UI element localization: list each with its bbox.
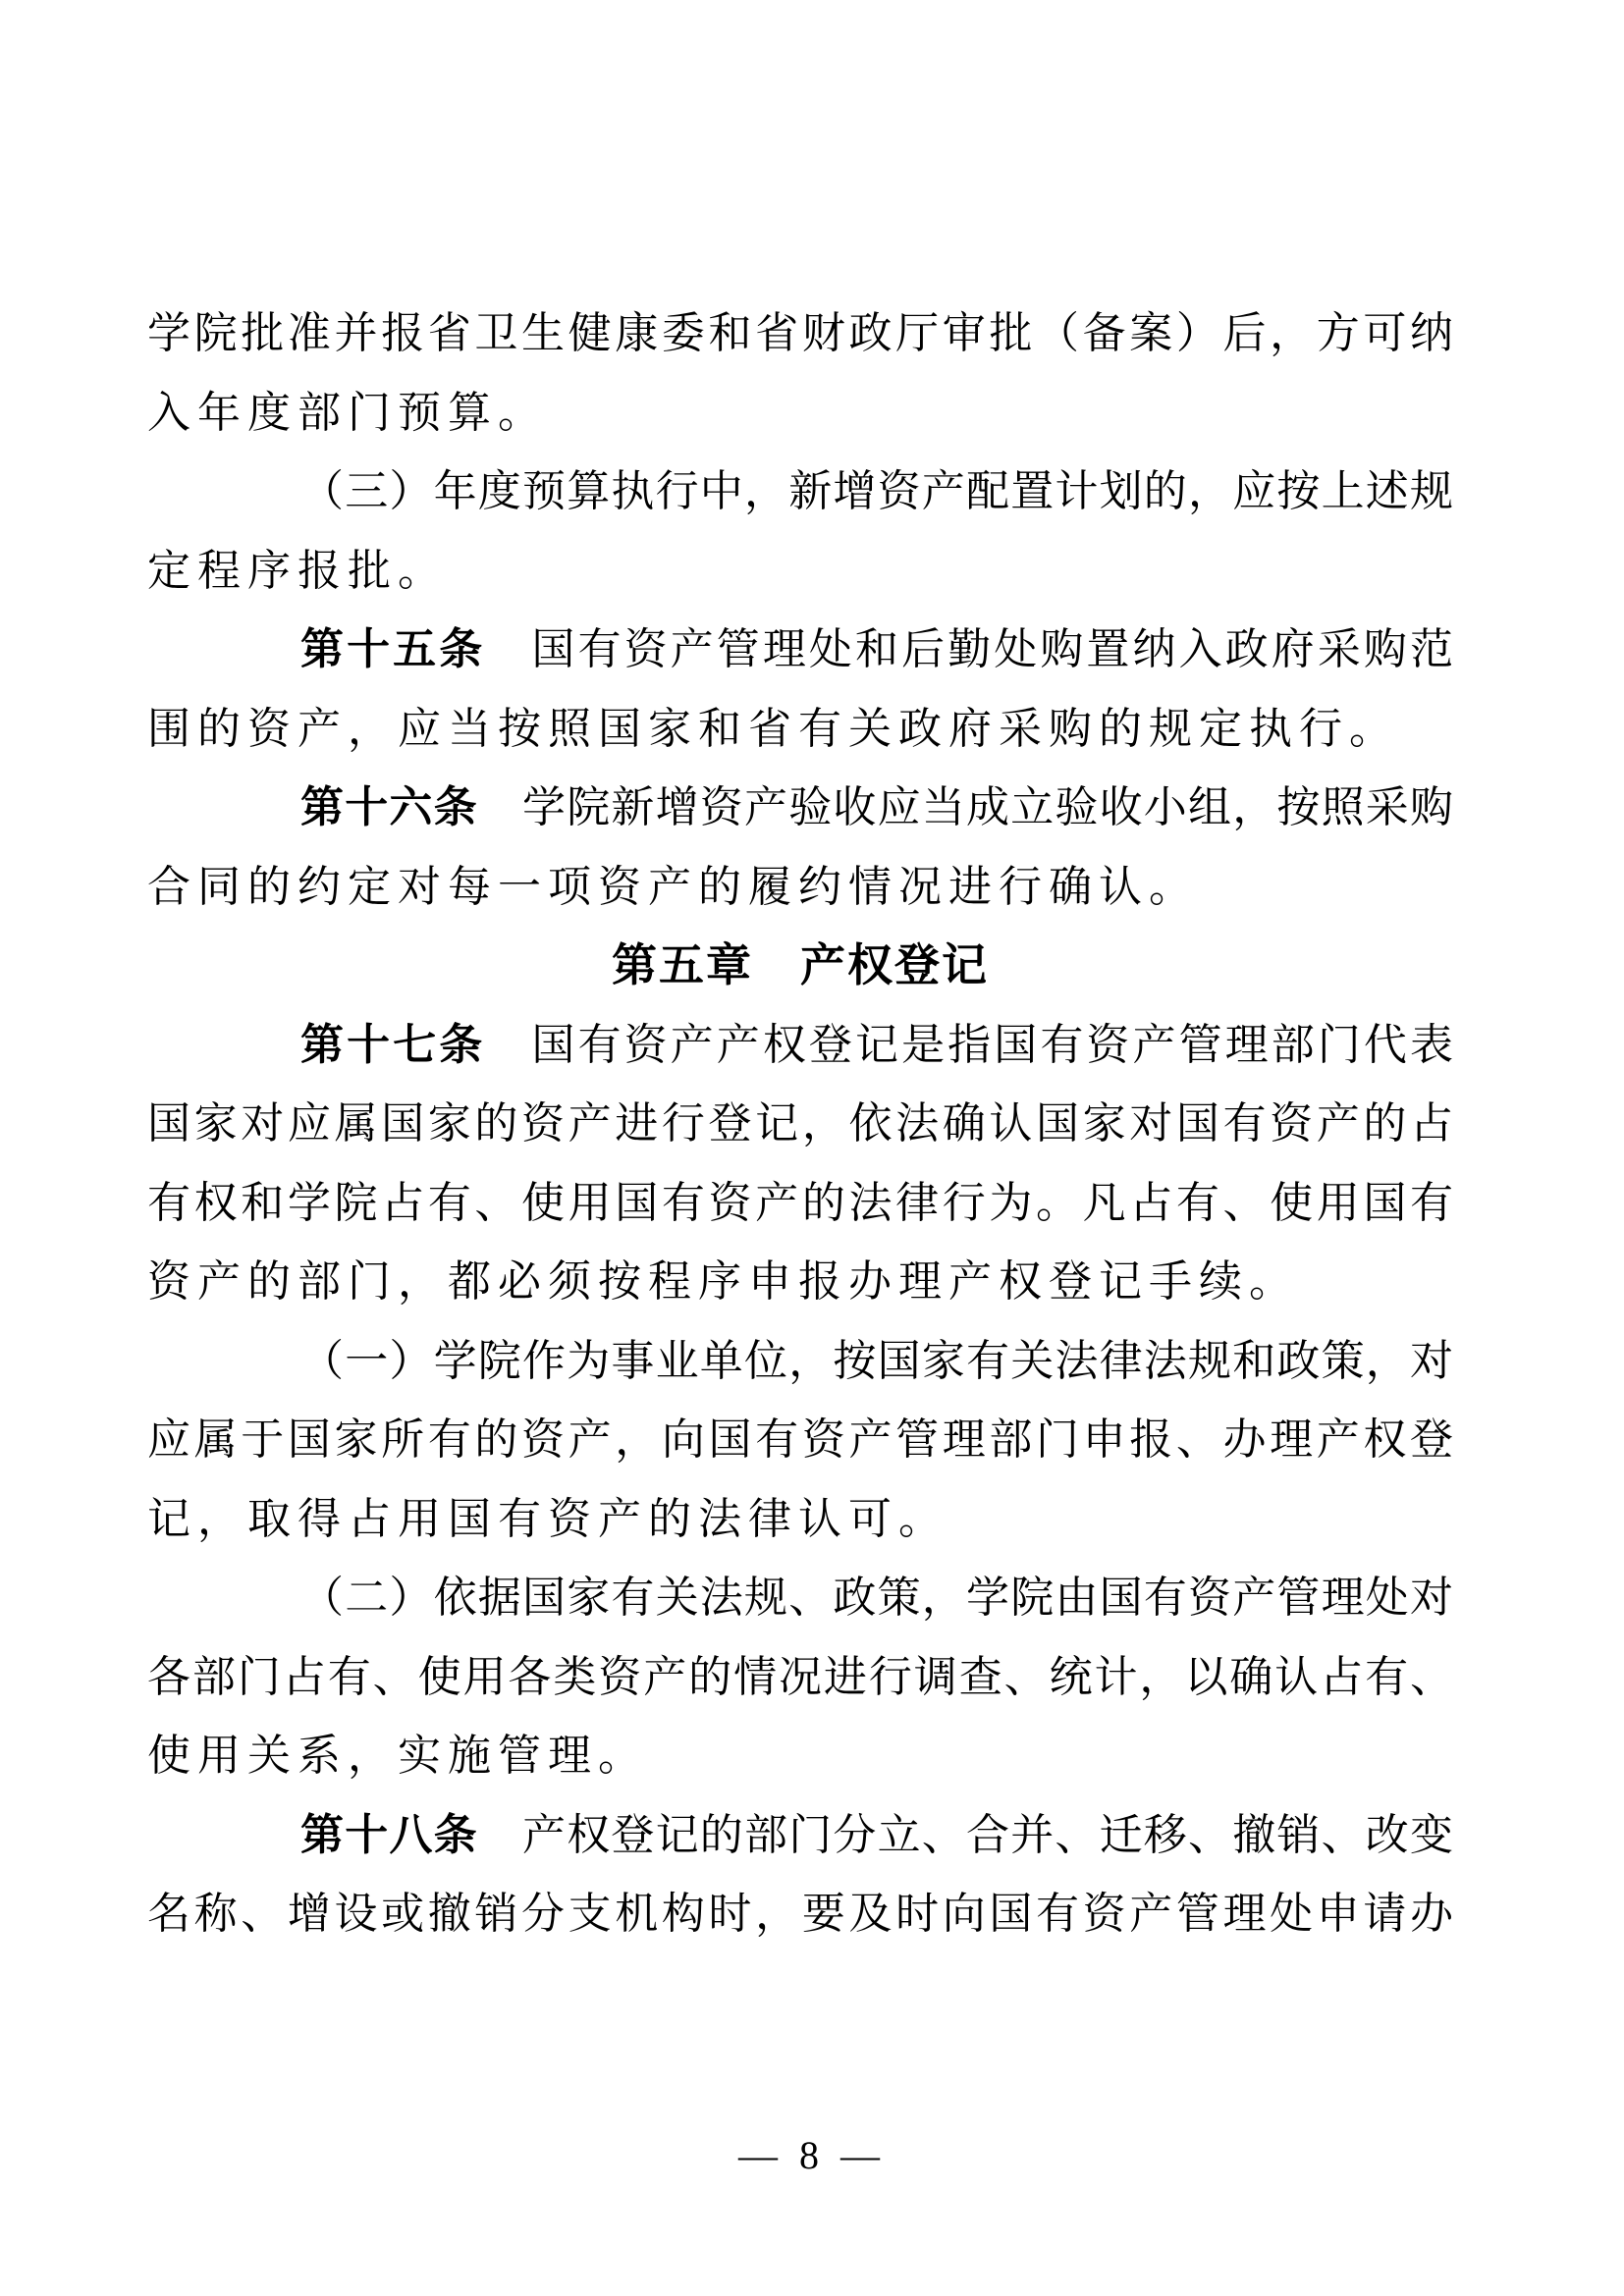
- article-18-line: 第十八条 产权登记的部门分立、合并、迁移、撤销、改变: [147, 1796, 1453, 1876]
- text-segment: 入年度部门预算。: [147, 389, 548, 437]
- text-line: （三）年度预算执行中，新增资产配置计划的，应按上述规: [147, 453, 1453, 532]
- text-line: 名称、增设或撤销分支机构时，要及时向国有资产管理处申请办: [147, 1875, 1453, 1954]
- text-segment: 有权和学院占有、使用国有资产的法律行为。凡占有、使用国有: [147, 1179, 1453, 1227]
- text-segment: 名称、增设或撤销分支机构时，要及时向国有资产管理处申请办: [147, 1890, 1453, 1938]
- text-segment: 国有资产产权登记是指国有资产管理部门代表: [485, 1021, 1453, 1069]
- page-number: — 8 —: [0, 2132, 1624, 2178]
- article-16-line: 第十六条 学院新增资产验收应当成立验收小组，按照采购: [147, 769, 1453, 848]
- text-line: 各部门占有、使用各类资产的情况进行调查、统计，以确认占有、: [147, 1638, 1453, 1718]
- bold-text-segment: 第十六条: [300, 783, 478, 831]
- text-segment: 各部门占有、使用各类资产的情况进行调查、统计，以确认占有、: [147, 1653, 1453, 1701]
- text-segment: 使用关系，实施管理。: [147, 1732, 648, 1780]
- text-line: 记，取得占用国有资产的法律认可。: [147, 1480, 1453, 1560]
- text-line: 合同的约定对每一项资产的履约情况进行确认。: [147, 848, 1453, 928]
- text-line: 国家对应属国家的资产进行登记，依法确认国家对国有资产的占: [147, 1085, 1453, 1164]
- text-line: 学院批准并报省卫生健康委和省财政厅审批（备案）后，方可纳: [147, 294, 1453, 374]
- text-line: 定程序报批。: [147, 532, 1453, 612]
- text-segment: 产权登记的部门分立、合并、迁移、撤销、改变: [478, 1811, 1453, 1859]
- text-line: 有权和学院占有、使用国有资产的法律行为。凡占有、使用国有: [147, 1164, 1453, 1244]
- text-segment: （三）年度预算执行中，新增资产配置计划的，应按上述规: [300, 467, 1453, 515]
- text-line: （一）学院作为事业单位，按国家有关法律法规和政策，对: [147, 1322, 1453, 1402]
- text-segment: 学院新增资产验收应当成立验收小组，按照采购: [478, 783, 1453, 831]
- text-segment: （二）依据国家有关法规、政策，学院由国有资产管理处对: [300, 1574, 1453, 1622]
- text-segment: 资产的部门，都必须按程序申报办理产权登记手续。: [147, 1257, 1299, 1306]
- text-segment: 国有资产管理处和后勤处购置纳入政府采购范: [485, 625, 1453, 673]
- bold-text-segment: 第十八条: [300, 1811, 478, 1859]
- text-segment: 应属于国家所有的资产，向国有资产管理部门申报、办理产权登: [147, 1415, 1453, 1464]
- text-segment: （一）学院作为事业单位，按国家有关法律法规和政策，对: [300, 1337, 1453, 1385]
- text-segment: 合同的约定对每一项资产的履约情况进行确认。: [147, 863, 1199, 911]
- article-15-line: 第十五条 国有资产管理处和后勤处购置纳入政府采购范: [147, 611, 1453, 690]
- text-line: 资产的部门，都必须按程序申报办理产权登记手续。: [147, 1243, 1453, 1322]
- bold-text-segment: 第五章 产权登记: [612, 940, 989, 990]
- document-body: 学院批准并报省卫生健康委和省财政厅审批（备案）后，方可纳入年度部门预算。（三）年…: [147, 294, 1453, 1954]
- text-line: 入年度部门预算。: [147, 374, 1453, 454]
- text-segment: 定程序报批。: [147, 547, 448, 595]
- text-line: 使用关系，实施管理。: [147, 1717, 1453, 1796]
- text-line: （二）依据国家有关法规、政策，学院由国有资产管理处对: [147, 1559, 1453, 1638]
- text-line: 应属于国家所有的资产，向国有资产管理部门申报、办理产权登: [147, 1401, 1453, 1480]
- bold-text-segment: 第十五条: [300, 625, 485, 673]
- text-segment: 国家对应属国家的资产进行登记，依法确认国家对国有资产的占: [147, 1099, 1453, 1148]
- document-page: 学院批准并报省卫生健康委和省财政厅审批（备案）后，方可纳入年度部门预算。（三）年…: [0, 0, 1624, 2296]
- text-segment: 围的资产，应当按照国家和省有关政府采购的规定执行。: [147, 705, 1399, 753]
- text-segment: 学院批准并报省卫生健康委和省财政厅审批（备案）后，方可纳: [147, 309, 1453, 357]
- chapter-heading: 第五章 产权登记: [147, 927, 1453, 1006]
- article-17-line: 第十七条 国有资产产权登记是指国有资产管理部门代表: [147, 1006, 1453, 1086]
- text-segment: 记，取得占用国有资产的法律认可。: [147, 1495, 948, 1543]
- bold-text-segment: 第十七条: [300, 1021, 485, 1069]
- text-line: 围的资产，应当按照国家和省有关政府采购的规定执行。: [147, 690, 1453, 770]
